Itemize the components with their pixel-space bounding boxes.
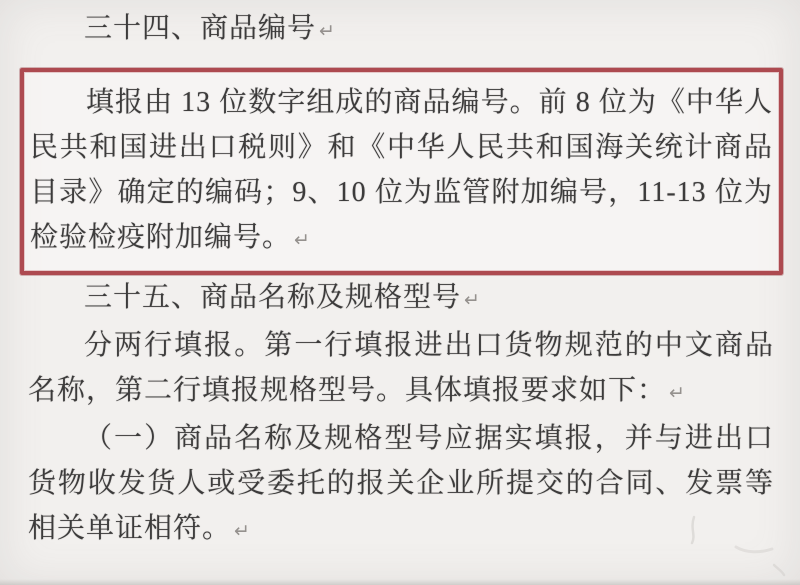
body-paragraph-text: （一）商品名称及规格型号应据实填报，并与进出口货物收发货人或受委托的报关企业所提… bbox=[28, 423, 774, 544]
paragraph-mark-icon: ↵ bbox=[316, 20, 335, 42]
paragraph-mark-icon: ↵ bbox=[291, 229, 310, 251]
paragraph-mark-icon: ↵ bbox=[461, 289, 480, 311]
section-heading-35: 三十五、商品名称及规格型号↵ bbox=[28, 275, 774, 323]
red-highlight-box: 填报由 13 位数字组成的商品编号。前 8 位为《中华人民共和国进出口税则》和《… bbox=[20, 68, 783, 275]
paragraph-mark-icon: ↵ bbox=[231, 520, 250, 542]
body-paragraph: （一）商品名称及规格型号应据实填报，并与进出口货物收发货人或受委托的报关企业所提… bbox=[28, 416, 774, 554]
document-page: 三十四、商品编号↵ 填报由 13 位数字组成的商品编号。前 8 位为《中华人民共… bbox=[0, 0, 800, 585]
boxed-paragraph: 填报由 13 位数字组成的商品编号。前 8 位为《中华人民共和国进出口税则》和《… bbox=[30, 80, 773, 263]
boxed-paragraph-text: 填报由 13 位数字组成的商品编号。前 8 位为《中华人民共和国进出口税则》和《… bbox=[30, 87, 773, 253]
body-paragraph-text: 分两行填报。第一行填报进出口货物规范的中文商品名称，第二行填报规格型号。具体填报… bbox=[28, 330, 774, 406]
section-heading-34-text: 三十四、商品编号 bbox=[84, 13, 316, 44]
section-heading-35-text: 三十五、商品名称及规格型号 bbox=[84, 282, 461, 313]
section-heading-34: 三十四、商品编号↵ bbox=[28, 6, 774, 54]
photo-bottom-edge-shadow bbox=[0, 579, 800, 585]
body-paragraph: 分两行填报。第一行填报进出口货物规范的中文商品名称，第二行填报规格型号。具体填报… bbox=[28, 323, 774, 416]
paragraph-mark-icon: ↵ bbox=[666, 382, 685, 404]
